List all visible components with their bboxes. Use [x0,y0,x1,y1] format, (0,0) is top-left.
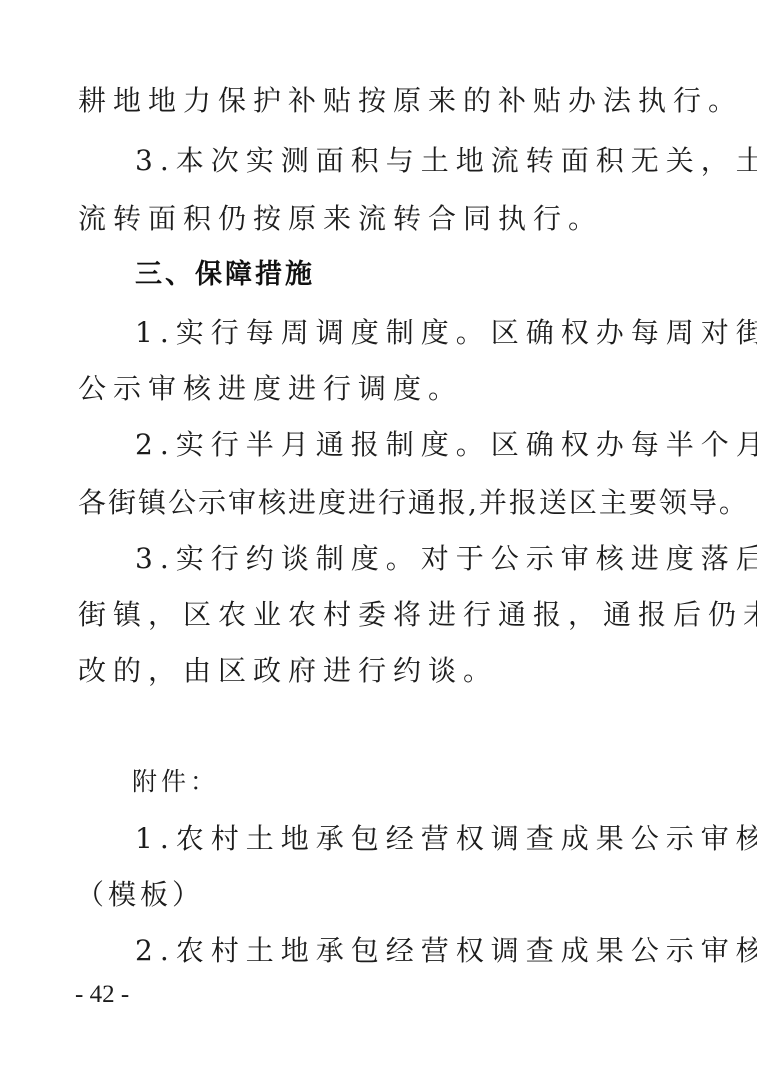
paragraph-continuation-line: 耕地地力保护补贴按原来的补贴办法执行。 [78,84,743,118]
safeguard-1-line-1: 1.实行每周调度制度。区确权办每周对街镇 [135,316,757,350]
item-3-area-line-2: 流转面积仍按原来流转合同执行。 [78,202,603,236]
item-3-area-line-1: 3.本次实测面积与土地流转面积无关，土地 [135,144,757,178]
attachment-1-line-1: 1.农村土地承包经营权调查成果公示审核通告 [135,822,757,856]
safeguard-1-line-2: 公示审核进度进行调度。 [78,372,463,406]
page-number: - 42 - [75,980,129,1010]
attachments-label: 附件： [132,766,219,798]
attachment-2-line-1: 2.农村土地承包经营权调查成果公示审核监 [135,934,757,968]
safeguard-2-line-1: 2.实行半月通报制度。区确权办每半个月对 [135,428,757,462]
document-page: 耕地地力保护补贴按原来的补贴办法执行。 3.本次实测面积与土地流转面积无关，土地… [0,0,757,1074]
attachment-1-line-2: （模板） [76,878,204,912]
safeguard-2-line-2: 各街镇公示审核进度进行通报,并报送区主要领导。 [78,486,749,520]
safeguard-3-line-3: 改的，由区政府进行约谈。 [78,654,498,688]
safeguard-3-line-1: 3.实行约谈制度。对于公示审核进度落后的 [135,542,757,576]
safeguard-3-line-2: 街镇，区农业农村委将进行通报，通报后仍未整 [78,598,757,632]
section-heading-safeguards: 三、保障措施 [135,258,315,292]
